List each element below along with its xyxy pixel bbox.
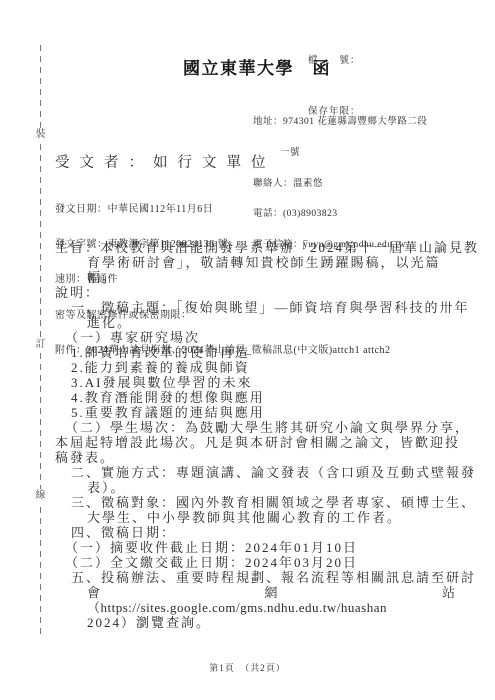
document-title: 國立東華大學 函	[183, 54, 331, 79]
body-line-item-2: 二、實施方式：專題演講、論文發表（含口頭及互動式壁報發	[71, 465, 457, 480]
body-line: 進化。	[87, 315, 457, 330]
justified-char: 會	[87, 585, 102, 600]
page-footer: 第1頁 （共2頁）	[0, 661, 495, 674]
body-line: 本屆起特增設此場次。凡是與本研討會相關之論文，皆歡迎投	[55, 435, 457, 450]
body-line-item-1: 一、徵稿主題：「復始與眺望」—師資培育與學習科技的卅年	[71, 300, 457, 315]
body-line-subject: 主旨：本校教育與潛能開發學系舉辦「2024第十一屆華山論見教	[55, 240, 457, 255]
body-line: 稿發表。	[55, 450, 457, 465]
justified-char: 網	[264, 585, 279, 600]
body-line: 2024）瀏覽查詢。	[87, 615, 457, 630]
margin-mark-staple: 訂	[33, 338, 48, 351]
sender-address: 地址：974301 花蓮縣壽豐鄉大學路二段	[253, 117, 427, 127]
body-line-num-2: 2.能力到素養的養成與師資	[71, 360, 457, 375]
margin-mark-thread: 線	[33, 489, 48, 502]
body-line: 幅。	[87, 270, 457, 285]
body-line-item-5: 五、投稿辦法、重要時程規劃、報名流程等相關訊息請至研討	[71, 570, 457, 585]
margin-mark-binding: 裝	[33, 128, 48, 141]
body-line-num-4: 4.教育潛能開發的想像與應用	[71, 390, 457, 405]
body-line-item-4: 四、徵稿日期：	[71, 525, 457, 540]
body-line: 表）。	[87, 480, 457, 495]
body-line-item-3: 三、徵稿對象：國內外教育相關領域之學者專家、碩博士生、	[71, 495, 457, 510]
body-line-num-3: 3.AI發展與數位學習的未來	[71, 375, 457, 390]
recipient-line: 受文者：如行文單位	[55, 153, 276, 173]
body-line-date-1: （一）摘要收件截止日期：2024年01月10日	[65, 540, 457, 555]
document-body: 主旨：本校教育與潛能開發學系舉辦「2024第十一屆華山論見教 育學術研討會」，敬…	[55, 240, 457, 630]
body-line-explain: 說明：	[55, 285, 457, 300]
sender-address-continuation: 一號	[280, 148, 427, 158]
body-line-sub-2: （二）學生場次：為鼓勵大學生將其研究小論文與學界分享，	[65, 420, 457, 435]
body-line: 大學生、中小學教師與其他關心教育的工作者。	[87, 510, 457, 525]
official-letter-page: 檔 號： 保存年限： 國立東華大學 函 地址：974301 花蓮縣壽豐鄉大學路二…	[0, 0, 495, 700]
body-line-num-5: 5.重要教育議題的連結與應用	[71, 405, 457, 420]
body-line-justified: 會 網 站	[87, 585, 457, 600]
body-line-date-2: （二）全文繳交截止日期：2024年03月20日	[65, 555, 457, 570]
justified-char: 站	[442, 585, 457, 600]
issue-date: 發文日期：中華民國112年11月6日	[55, 204, 391, 216]
body-line-num-1: 1.師資培育改革的使命再造	[71, 345, 457, 360]
body-line: 育學術研討會」，敬請轉知貴校師生踴躍賜稿，以光篇	[87, 255, 457, 270]
body-line-url: （https://sites.google.com/gms.ndhu.edu.t…	[87, 600, 457, 615]
body-line-sub-1: （一）專家研究場次	[65, 330, 457, 345]
